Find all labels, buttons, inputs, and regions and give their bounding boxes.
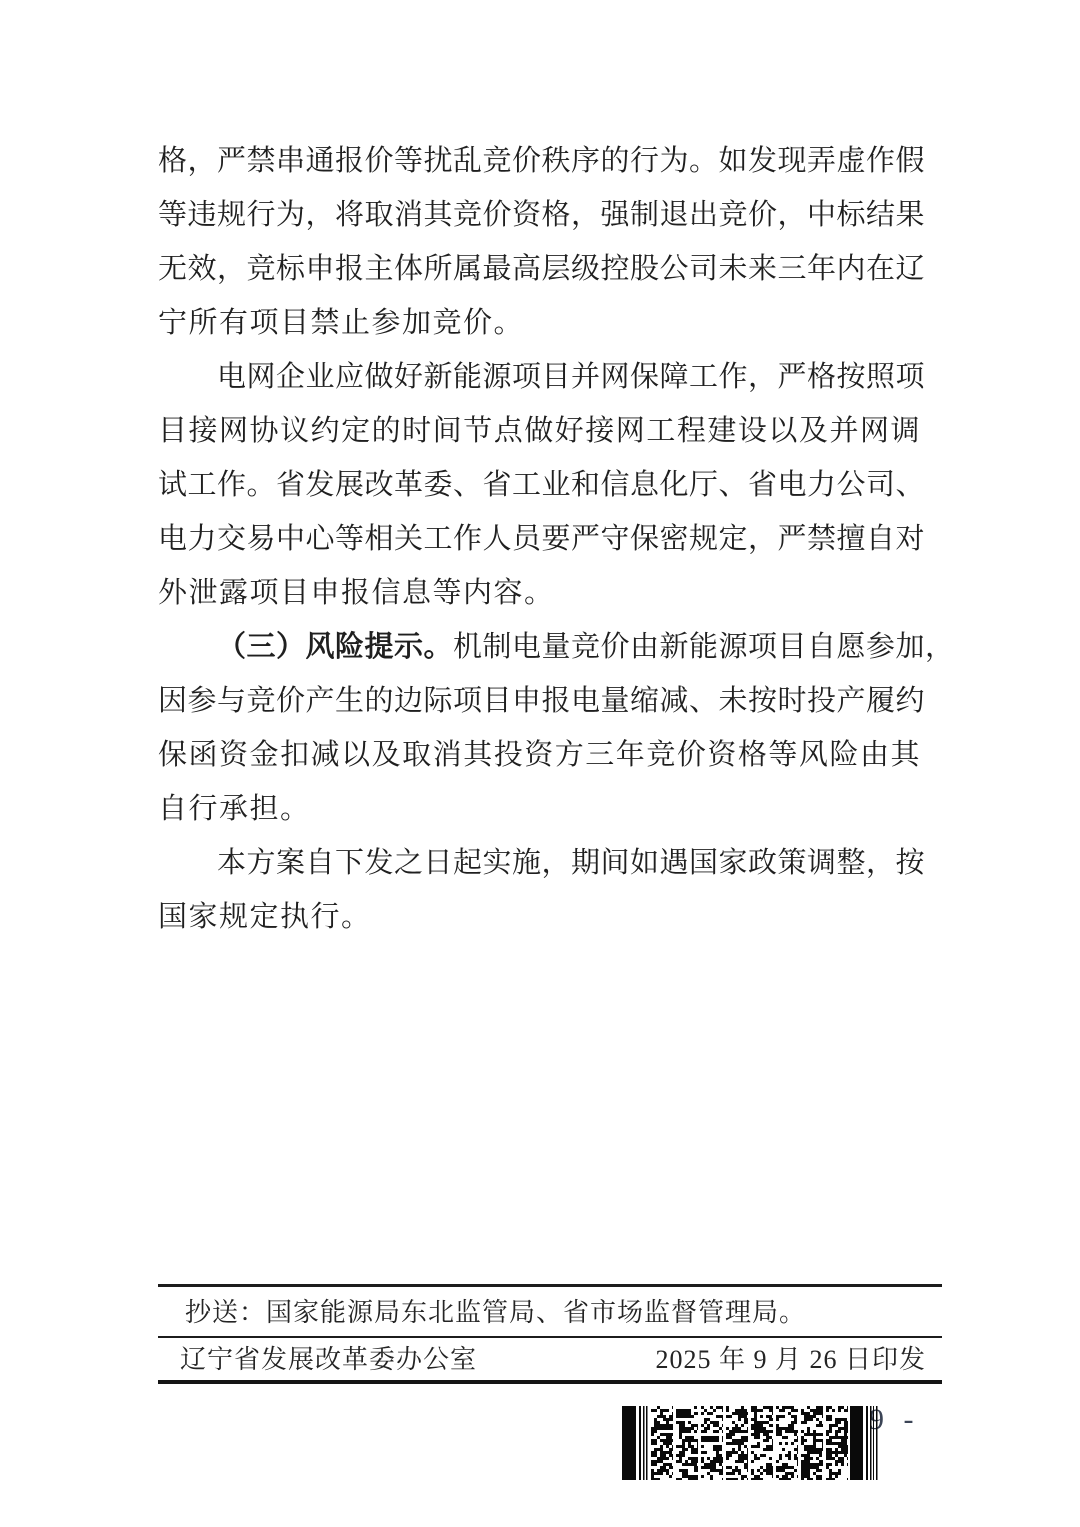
text-run: 目接网协议约定的时间节点做好接网工程建设以及并网调: [158, 415, 920, 447]
footer-rule-bottom: [158, 1380, 942, 1384]
text-run: 格，严禁串通报价等扰乱竞价秩序的行为。如发现弄虚作假: [158, 145, 925, 177]
section-heading-run: （三）风险提示。: [217, 631, 453, 663]
text-run: 国家规定执行。: [158, 901, 372, 933]
text-run: 因参与竞价产生的边际项目申报电量缩减、未按时投产履约: [158, 685, 925, 717]
text-run: 等违规行为，将取消其竞价资格，强制退出竞价，中标结果: [158, 199, 925, 231]
paragraph: （三）风险提示。机制电量竞价由新能源项目自愿参加，因参与竞价产生的边际项目申报电…: [158, 620, 920, 836]
body-line: （三）风险提示。机制电量竞价由新能源项目自愿参加，: [158, 620, 920, 674]
text-run: 保函资金扣减以及取消其投资方三年竞价资格等风险由其: [158, 739, 920, 771]
text-run: 宁所有项目禁止参加竞价。: [158, 307, 524, 339]
cc-line: 抄送：国家能源局东北监管局、省市场监督管理局。: [158, 1292, 942, 1334]
body-line: 外泄露项目申报信息等内容。: [158, 566, 920, 620]
text-run: 外泄露项目申报信息等内容。: [158, 577, 555, 609]
body-line: 因参与竞价产生的边际项目申报电量缩减、未按时投产履约: [158, 674, 920, 728]
body-text: 格，严禁串通报价等扰乱竞价秩序的行为。如发现弄虚作假等违规行为，将取消其竞价资格…: [158, 134, 920, 944]
body-line: 电力交易中心等相关工作人员要严守保密规定，严禁擅自对: [158, 512, 920, 566]
body-line: 试工作。省发展改革委、省工业和信息化厅、省电力公司、: [158, 458, 920, 512]
body-line: 电网企业应做好新能源项目并网保障工作，严格按照项: [158, 350, 920, 404]
text-run: 机制电量竞价由新能源项目自愿参加，: [453, 631, 955, 663]
body-line: 国家规定执行。: [158, 890, 920, 944]
text-run: 电力交易中心等相关工作人员要严守保密规定，严禁擅自对: [158, 523, 925, 555]
body-line: 宁所有项目禁止参加竞价。: [158, 296, 920, 350]
barcode-image: [622, 1406, 882, 1480]
footer-rule-middle: [158, 1336, 942, 1338]
body-line: 等违规行为，将取消其竞价资格，强制退出竞价，中标结果: [158, 188, 920, 242]
paragraph: 本方案自下发之日起实施，期间如遇国家政策调整，按国家规定执行。: [158, 836, 920, 944]
text-run: 本方案自下发之日起实施，期间如遇国家政策调整，按: [217, 847, 925, 879]
text-run: 自行承担。: [158, 793, 311, 825]
paragraph: 电网企业应做好新能源项目并网保障工作，严格按照项目接网协议约定的时间节点做好接网…: [158, 350, 920, 620]
footer-rule-top: [158, 1284, 942, 1287]
text-run: 试工作。省发展改革委、省工业和信息化厅、省电力公司、: [158, 469, 925, 501]
print-date: 2025 年 9 月 26 日印发: [655, 1339, 926, 1380]
text-run: 无效，竞标申报主体所属最高层级控股公司未来三年内在辽: [158, 253, 925, 285]
issuer-row: 辽宁省发展改革委办公室 2025 年 9 月 26 日印发: [158, 1339, 942, 1380]
body-line: 保函资金扣减以及取消其投资方三年竞价资格等风险由其: [158, 728, 920, 782]
body-line: 本方案自下发之日起实施，期间如遇国家政策调整，按: [158, 836, 920, 890]
text-run: 电网企业应做好新能源项目并网保障工作，严格按照项: [217, 361, 925, 393]
body-line: 无效，竞标申报主体所属最高层级控股公司未来三年内在辽: [158, 242, 920, 296]
paragraph: 格，严禁串通报价等扰乱竞价秩序的行为。如发现弄虚作假等违规行为，将取消其竞价资格…: [158, 134, 920, 350]
body-line: 自行承担。: [158, 782, 920, 836]
body-line: 目接网协议约定的时间节点做好接网工程建设以及并网调: [158, 404, 920, 458]
document-page: 格，严禁串通报价等扰乱竞价秩序的行为。如发现弄虚作假等违规行为，将取消其竞价资格…: [0, 0, 1080, 1527]
body-line: 格，严禁串通报价等扰乱竞价秩序的行为。如发现弄虚作假: [158, 134, 920, 188]
issuer-office: 辽宁省发展改革委办公室: [180, 1339, 477, 1380]
